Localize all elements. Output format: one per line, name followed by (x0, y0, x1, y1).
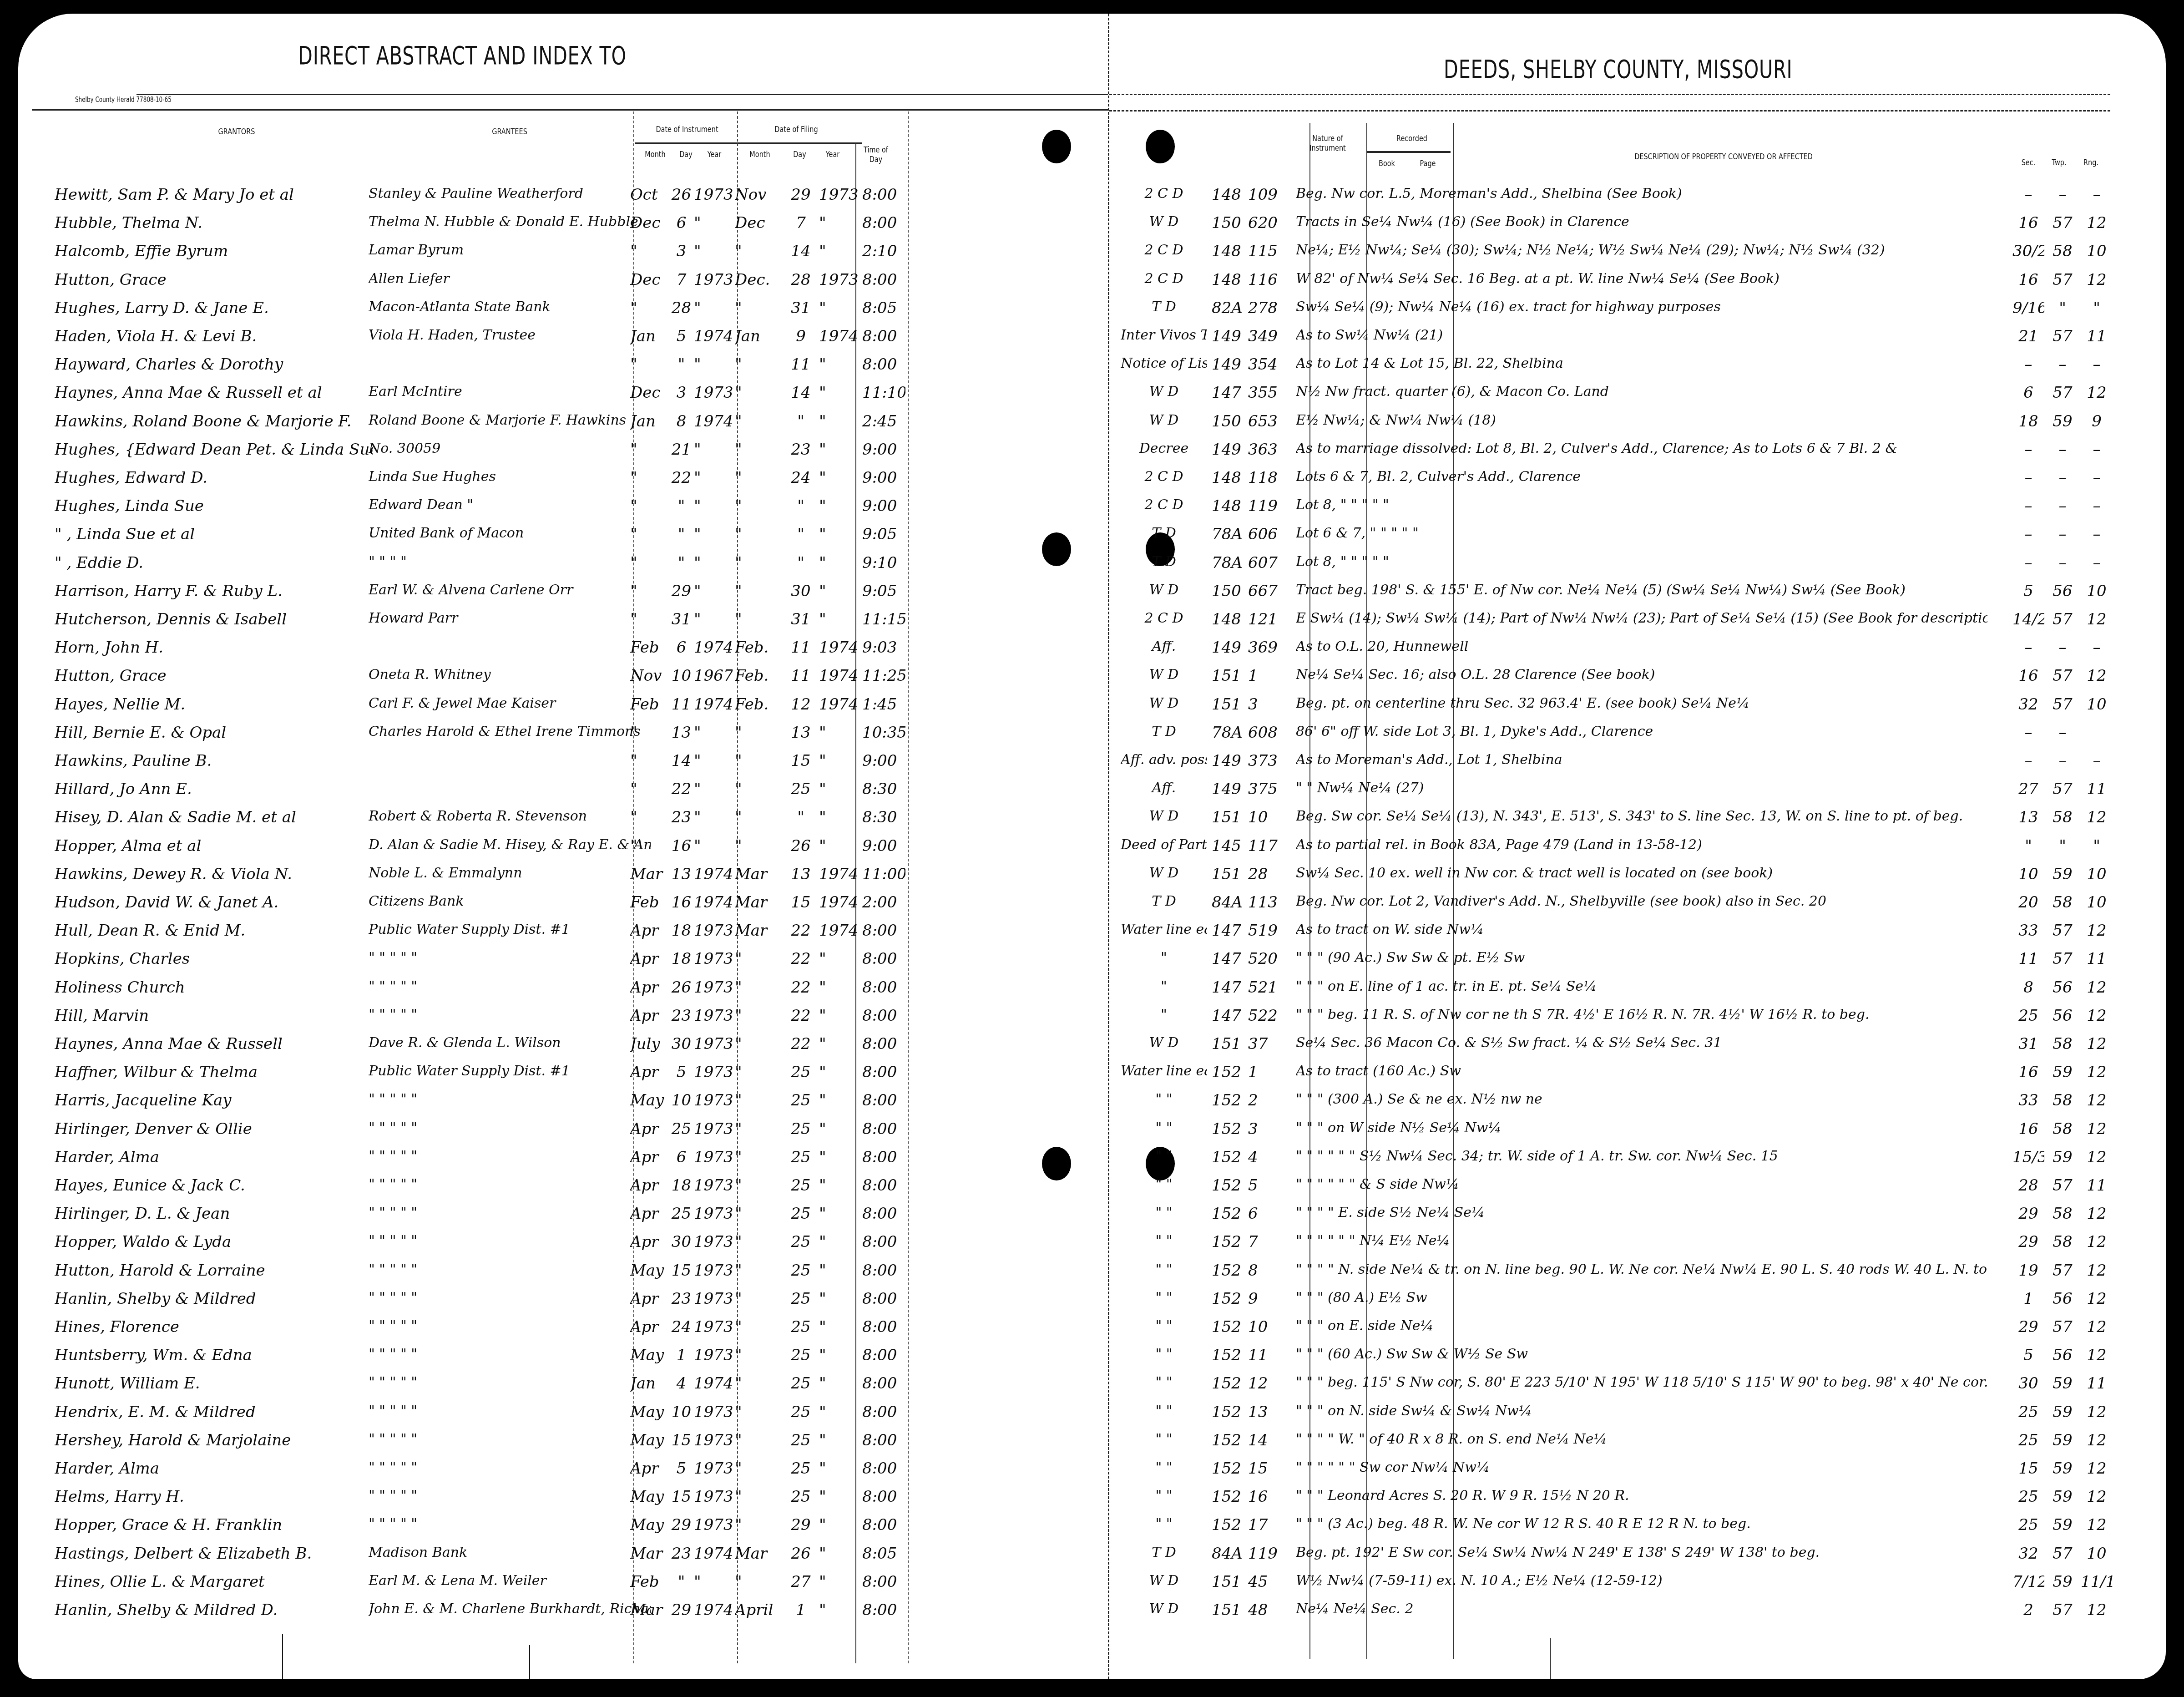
filing-year-cell: " (819, 1374, 858, 1393)
instrument-day-cell: 18 (669, 1176, 694, 1195)
township-cell: 57 (2047, 950, 2078, 968)
instrument-month-cell: Apr (630, 1148, 669, 1166)
instrument-day-cell: 8 (669, 412, 694, 431)
filing-year-cell: " (819, 1205, 858, 1223)
instrument-month-cell: " (630, 554, 669, 572)
range-cell: 10 (2081, 242, 2113, 260)
instrument-month-cell: Apr (630, 1205, 669, 1223)
township-cell: 59 (2047, 1459, 2078, 1478)
nature-of-instrument-cell: " " (1121, 1091, 1207, 1107)
book-cell: 149 (1212, 638, 1248, 657)
table-row: " "1525" " " " " " & S side Nw¼285711 (1109, 1176, 2166, 1203)
grantor-cell: Hayes, Nellie M. (55, 695, 373, 714)
time-of-day-cell: 8:00 (862, 1007, 905, 1025)
nature-of-instrument-cell: W D (1121, 384, 1207, 400)
filing-month-cell: " (735, 1261, 778, 1280)
book-cell: 147 (1212, 384, 1248, 402)
description-cell: " " " (90 Ac.) Sw Sw & pt. E½ Sw (1296, 950, 1987, 966)
book-cell: 151 (1212, 667, 1248, 685)
grantee-cell: " " " " " (369, 1290, 651, 1306)
range-cell: – (2081, 638, 2113, 657)
description-cell: " " " " N. side Ne¼ & tr. on N. line beg… (1296, 1261, 1987, 1277)
page-cell: 519 (1248, 922, 1289, 940)
instrument-month-cell: Feb (630, 638, 669, 657)
table-row: Haynes, Anna Mae & RussellDave R. & Glen… (18, 1035, 1108, 1061)
range-cell: 11 (2081, 327, 2113, 345)
grantee-cell: " " " " " (369, 978, 651, 994)
description-cell: " " " beg. 115' S Nw cor, S. 80' E 223 5… (1296, 1374, 1987, 1390)
section-cell: 2 (2012, 1601, 2044, 1619)
description-cell: " " " on W side N½ Se¼ Nw¼ (1296, 1120, 1987, 1136)
filing-day-cell: 25 (787, 780, 814, 798)
grantee-cell: Earl M. & Lena M. Weiler (369, 1573, 651, 1589)
township-cell: 59 (2047, 1516, 2078, 1534)
grantee-cell: Edward Dean " (369, 497, 651, 513)
filing-day-cell: 22 (787, 1035, 814, 1053)
township-cell: 56 (2047, 582, 2078, 600)
instrument-day-cell: " (669, 355, 694, 374)
filing-day-cell: 11 (787, 638, 814, 657)
township-cell: 57 (2047, 610, 2078, 628)
book-cell: 152 (1212, 1176, 1248, 1195)
nature-of-instrument-cell: W D (1121, 808, 1207, 824)
time-of-day-cell: 9:00 (862, 469, 905, 487)
instrument-month-cell: Nov (630, 667, 669, 685)
grantor-cell: Huntsberry, Wm. & Edna (55, 1346, 373, 1364)
time-of-day-cell: 8:00 (862, 1318, 905, 1336)
book-cell: 152 (1212, 1488, 1248, 1506)
instrument-year-cell: 1973 (694, 186, 733, 204)
instrument-day-cell: 24 (669, 1318, 694, 1336)
table-row: W D147355N½ Nw fract. quarter (6), & Mac… (1109, 384, 2166, 410)
instrument-year-cell: 1973 (694, 922, 733, 940)
range-cell: 12 (2081, 1346, 2113, 1364)
grantee-cell: Earl W. & Alvena Carlene Orr (369, 582, 651, 598)
section-cell: – (2012, 355, 2044, 374)
table-row: Aff.149375" " Nw¼ Ne¼ (27)275711 (1109, 780, 2166, 806)
book-cell: 82A (1212, 299, 1248, 317)
grantor-cell: Helms, Harry H. (55, 1488, 373, 1506)
instrument-year-cell: 1974 (694, 638, 733, 657)
time-of-day-cell: 8:00 (862, 1346, 905, 1364)
grantor-cell: Haynes, Anna Mae & Russell (55, 1035, 373, 1053)
instrument-year-cell: 1974 (694, 1374, 733, 1393)
filing-month-cell: " (735, 1374, 778, 1393)
page-cell: 608 (1248, 724, 1289, 742)
township-cell: 57 (2047, 384, 2078, 402)
section-cell: 25 (2012, 1516, 2044, 1534)
instrument-day-cell: 21 (669, 441, 694, 459)
page-cell: 17 (1248, 1516, 1289, 1534)
page-cell: 1 (1248, 1063, 1289, 1081)
page-cell: 119 (1248, 497, 1289, 515)
nature-of-instrument-cell: W D (1121, 865, 1207, 881)
instrument-day-cell: 7 (669, 271, 694, 289)
range-cell: 12 (2081, 667, 2113, 685)
grantor-cell: Harrison, Harry F. & Ruby L. (55, 582, 373, 600)
instrument-month-cell: Dec (630, 384, 669, 402)
header-rule-top (1109, 94, 2110, 95)
grantee-cell: Earl McIntire (369, 384, 651, 400)
section-cell: 16 (2012, 214, 2044, 232)
grantee-cell: Public Water Supply Dist. #1 (369, 922, 651, 937)
township-cell: 58 (2047, 1091, 2078, 1109)
section-cell: – (2012, 186, 2044, 204)
header-recorded: Recorded (1383, 134, 1441, 144)
township-cell: – (2047, 355, 2078, 374)
nature-of-instrument-cell: 2 C D (1121, 242, 1207, 258)
grantee-cell: Stanley & Pauline Weatherford (369, 186, 651, 202)
description-cell: " " " Leonard Acres S. 20 R. W 9 R. 15½ … (1296, 1488, 1987, 1504)
table-row: Hutton, Harold & Lorraine" " " " "May151… (18, 1261, 1108, 1288)
nature-of-instrument-cell: W D (1121, 412, 1207, 428)
range-cell: 12 (2081, 1035, 2113, 1053)
book-cell: 78A (1212, 554, 1248, 572)
range-cell: 11 (2081, 1374, 2113, 1393)
township-cell: " (2047, 837, 2078, 855)
filing-month-cell: " (735, 1233, 778, 1251)
time-of-day-cell: 1:45 (862, 695, 905, 714)
left-page: DIRECT ABSTRACT AND INDEX TO Shelby Coun… (18, 14, 1108, 1679)
filing-year-cell: 1974 (819, 327, 858, 345)
description-cell: " " Nw¼ Ne¼ (27) (1296, 780, 1987, 796)
township-cell: 59 (2047, 1431, 2078, 1449)
section-cell: 29 (2012, 1318, 2044, 1336)
instrument-day-cell: 5 (669, 1063, 694, 1081)
grantee-cell: " " " " " (369, 1516, 651, 1532)
table-row: Harder, Alma" " " " "Apr51973"25"8:00 (18, 1459, 1108, 1486)
time-of-day-cell: 8:00 (862, 186, 905, 204)
table-row: Hawkins, Pauline B."14""15"9:00 (18, 752, 1108, 778)
grantee-cell: Viola H. Haden, Trustee (369, 327, 651, 343)
book-cell: 152 (1212, 1233, 1248, 1251)
book-cell: 149 (1212, 355, 1248, 374)
ledger-sheet: DIRECT ABSTRACT AND INDEX TO Shelby Coun… (18, 14, 2166, 1679)
filing-year-cell: " (819, 1516, 858, 1534)
description-cell: As to Sw¼ Nw¼ (21) (1296, 327, 1987, 343)
section-cell: 32 (2012, 1545, 2044, 1563)
filing-year-cell: " (819, 1261, 858, 1280)
grantor-cell: Hill, Bernie E. & Opal (55, 724, 373, 742)
range-cell: 12 (2081, 214, 2113, 232)
page-cell: 606 (1248, 525, 1289, 543)
header-page: Page (1412, 159, 1443, 169)
nature-of-instrument-cell: T D (1121, 525, 1207, 541)
instrument-month-cell: Apr (630, 1233, 669, 1251)
instrument-day-cell: 29 (669, 582, 694, 600)
time-of-day-cell: 2:10 (862, 242, 905, 260)
description-cell: As to tract on W. side Nw¼ (1296, 922, 1987, 937)
nature-of-instrument-cell: W D (1121, 1601, 1207, 1617)
grantor-cell: Harder, Alma (55, 1148, 373, 1166)
page-cell: 6 (1248, 1205, 1289, 1223)
instrument-year-cell: 1967 (694, 667, 733, 685)
instrument-year-cell: 1974 (694, 893, 733, 912)
table-row: 2 C D148119Lot 8, " " " " "––– (1109, 497, 2166, 523)
book-cell: 150 (1212, 214, 1248, 232)
table-row: Hendrix, E. M. & Mildred" " " " "May1019… (18, 1403, 1108, 1429)
instrument-year-cell: " (694, 724, 733, 742)
filing-day-cell: 25 (787, 1431, 814, 1449)
township-cell: – (2047, 469, 2078, 487)
filing-month-cell: " (735, 1403, 778, 1421)
section-cell: – (2012, 441, 2044, 459)
section-cell: 28 (2012, 1176, 2044, 1195)
grantor-cell: Hughes, Larry D. & Jane E. (55, 299, 373, 317)
time-of-day-cell: 8:00 (862, 271, 905, 289)
instrument-month-cell: July (630, 1035, 669, 1053)
filing-day-cell: 25 (787, 1488, 814, 1506)
book-cell: 152 (1212, 1459, 1248, 1478)
section-cell: 25 (2012, 1403, 2044, 1421)
table-row: W D15148Ne¼ Ne¼ Sec. 225712 (1109, 1601, 2166, 1627)
filing-month-cell: Dec. (735, 271, 778, 289)
grantee-cell: No. 30059 (369, 441, 651, 456)
section-cell: 9/16 (2012, 299, 2044, 317)
filing-year-cell: " (819, 299, 858, 317)
page-cell: 119 (1248, 1545, 1289, 1563)
instrument-month-cell: May (630, 1091, 669, 1109)
instrument-year-cell: " (694, 610, 733, 628)
range-cell: 11 (2081, 780, 2113, 798)
table-row: Harder, Alma" " " " "Apr61973"25"8:00 (18, 1148, 1108, 1175)
instrument-year-cell: " (694, 554, 733, 572)
page-cell: 116 (1248, 271, 1289, 289)
table-row: Hopper, Waldo & Lyda" " " " "Apr301973"2… (18, 1233, 1108, 1259)
instrument-year-cell: 1974 (694, 695, 733, 714)
filing-year-cell: 1974 (819, 922, 858, 940)
nature-of-instrument-cell: Aff. (1121, 780, 1207, 796)
instrument-month-cell: Feb (630, 695, 669, 714)
instrument-month-cell: Jan (630, 1374, 669, 1393)
nature-of-instrument-cell: " " (1121, 1148, 1207, 1164)
time-of-day-cell: 8:00 (862, 1035, 905, 1053)
table-row: " "15215" " " " " " Sw cor Nw¼ Nw¼155912 (1109, 1459, 2166, 1486)
filing-day-cell: 26 (787, 1545, 814, 1563)
instrument-month-cell: " (630, 497, 669, 515)
table-row: Water line easement147519As to tract on … (1109, 922, 2166, 948)
instrument-day-cell: 22 (669, 780, 694, 798)
range-cell: 12 (2081, 1431, 2113, 1449)
instrument-month-cell: " (630, 752, 669, 770)
instrument-day-cell: 31 (669, 610, 694, 628)
page-cell: 3 (1248, 695, 1289, 714)
instrument-day-cell: 3 (669, 384, 694, 402)
filing-day-cell: 25 (787, 1290, 814, 1308)
instrument-year-cell: 1973 (694, 1091, 733, 1109)
nature-of-instrument-cell: " (1121, 950, 1207, 966)
section-cell: – (2012, 554, 2044, 572)
range-cell: 11 (2081, 950, 2113, 968)
township-cell: 56 (2047, 978, 2078, 997)
table-row: Hughes, Edward D.Linda Sue Hughes"22""24… (18, 469, 1108, 495)
instrument-year-cell: 1973 (694, 1233, 733, 1251)
grantor-cell: Hutton, Grace (55, 271, 373, 289)
township-cell: 56 (2047, 1346, 2078, 1364)
table-row: Hanlin, Shelby & Mildred" " " " "Apr2319… (18, 1290, 1108, 1316)
instrument-year-cell: 1973 (694, 1007, 733, 1025)
instrument-year-cell: 1973 (694, 1459, 733, 1478)
nature-of-instrument-cell: 2 C D (1121, 469, 1207, 485)
grantor-cell: Hisey, D. Alan & Sadie M. et al (55, 808, 373, 826)
instrument-year-cell: " (694, 780, 733, 798)
section-cell: 8 (2012, 978, 2044, 997)
instrument-year-cell: 1974 (694, 865, 733, 883)
filing-day-cell: 28 (787, 271, 814, 289)
brace-mark (282, 1634, 283, 1679)
nature-of-instrument-cell: " " (1121, 1374, 1207, 1390)
filing-year-cell: " (819, 242, 858, 260)
book-cell: 151 (1212, 1601, 1248, 1619)
grantor-cell: Hanlin, Shelby & Mildred D. (55, 1601, 373, 1619)
table-row: Hughes, {Edward Dean Pet. & Linda Sue - … (18, 441, 1108, 467)
table-row: Haffner, Wilbur & ThelmaPublic Water Sup… (18, 1063, 1108, 1089)
filing-year-cell: " (819, 355, 858, 374)
section-cell: 1 (2012, 1290, 2044, 1308)
instrument-year-cell: 1973 (694, 1148, 733, 1166)
grantee-cell: Citizens Bank (369, 893, 651, 909)
table-row: Hutcherson, Dennis & IsabellHoward Parr"… (18, 610, 1108, 637)
time-of-day-cell: 9:00 (862, 441, 905, 459)
table-row: Halcomb, Effie ByrumLamar Byrum"3""14"2:… (18, 242, 1108, 268)
grantee-cell: D. Alan & Sadie M. Hisey, & Ray E. & Ann… (369, 837, 651, 853)
description-cell: " " " " " " & S side Nw¼ (1296, 1176, 1987, 1192)
description-cell: Beg. Nw cor. Lot 2, Vandiver's Add. N., … (1296, 893, 1987, 909)
book-cell: 152 (1212, 1403, 1248, 1421)
instrument-year-cell: 1973 (694, 271, 733, 289)
township-cell: 57 (2047, 780, 2078, 798)
section-cell: 6 (2012, 384, 2044, 402)
instrument-year-cell: 1974 (694, 412, 733, 431)
filing-year-cell: " (819, 497, 858, 515)
description-cell: Tracts in Se¼ Nw¼ (16) (See Book) in Cla… (1296, 214, 1987, 230)
township-cell: 57 (2047, 695, 2078, 714)
instrument-day-cell: 11 (669, 695, 694, 714)
book-cell: 152 (1212, 1120, 1248, 1138)
township-cell: 58 (2047, 1233, 2078, 1251)
instrument-year-cell: 1973 (694, 950, 733, 968)
section-cell: – (2012, 497, 2044, 515)
table-row: Haden, Viola H. & Levi B.Viola H. Haden,… (18, 327, 1108, 354)
description-cell: " " " (3 Ac.) beg. 48 R. W. Ne cor W 12 … (1296, 1516, 1987, 1532)
grantee-cell: " " " " " (369, 1176, 651, 1192)
filing-month-cell: " (735, 808, 778, 826)
section-cell: 19 (2012, 1261, 2044, 1280)
table-row: " "15212" " " beg. 115' S Nw cor, S. 80'… (1109, 1374, 2166, 1401)
nature-of-instrument-cell: W D (1121, 695, 1207, 711)
time-of-day-cell: 9:10 (862, 554, 905, 572)
filing-year-cell: " (819, 1176, 858, 1195)
filing-year-cell: " (819, 1601, 858, 1619)
description-cell: " " " " E. side S½ Ne¼ Se¼ (1296, 1205, 1987, 1221)
filing-year-cell: " (819, 1573, 858, 1591)
filing-day-cell: 25 (787, 1233, 814, 1251)
page-cell: 9 (1248, 1290, 1289, 1308)
grantor-cell: Hutton, Harold & Lorraine (55, 1261, 373, 1280)
header-file-day: Day (789, 150, 810, 160)
grantor-cell: Hayward, Charles & Dorothy (55, 355, 373, 374)
section-cell: 29 (2012, 1205, 2044, 1223)
section-cell: 16 (2012, 271, 2044, 289)
filing-month-cell: " (735, 299, 778, 317)
instrument-day-cell: 6 (669, 214, 694, 232)
book-cell: 152 (1212, 1346, 1248, 1364)
township-cell: – (2047, 497, 2078, 515)
range-cell: – (2081, 554, 2113, 572)
range-cell: 11 (2081, 1176, 2113, 1195)
instrument-year-cell: " (694, 1573, 733, 1591)
filing-day-cell: 26 (787, 837, 814, 855)
instrument-month-cell: May (630, 1488, 669, 1506)
instrument-month-cell: Jan (630, 327, 669, 345)
instrument-day-cell: " (669, 1573, 694, 1591)
grantor-cell: Hanlin, Shelby & Mildred (55, 1290, 373, 1308)
page-cell: 3 (1248, 1120, 1289, 1138)
filing-year-cell: " (819, 950, 858, 968)
range-cell: 12 (2081, 808, 2113, 826)
grantor-cell: " , Linda Sue et al (55, 525, 373, 543)
time-of-day-cell: 8:00 (862, 1063, 905, 1081)
time-of-day-cell: 8:00 (862, 1403, 905, 1421)
instrument-month-cell: " (630, 582, 669, 600)
time-of-day-cell: 8:05 (862, 1545, 905, 1563)
grantor-cell: Hawkins, Pauline B. (55, 752, 373, 770)
book-cell: 148 (1212, 610, 1248, 628)
time-of-day-cell: 9:00 (862, 837, 905, 855)
page-cell: 109 (1248, 186, 1289, 204)
section-cell: 5 (2012, 582, 2044, 600)
table-row: W D150667Tract beg. 198' S. & 155' E. of… (1109, 582, 2166, 608)
description-cell: Lot 8, " " " " " (1296, 554, 1987, 570)
grantor-cell: Hopper, Alma et al (55, 837, 373, 855)
instrument-day-cell: 13 (669, 865, 694, 883)
instrument-day-cell: 30 (669, 1035, 694, 1053)
book-cell: 152 (1212, 1318, 1248, 1336)
filing-month-cell: Nov (735, 186, 778, 204)
township-cell: 59 (2047, 1374, 2078, 1393)
instrument-day-cell: 10 (669, 667, 694, 685)
range-cell: 12 (2081, 1459, 2113, 1478)
instrument-month-cell: May (630, 1516, 669, 1534)
page-cell: 5 (1248, 1176, 1289, 1195)
header-nature-of-instrument: Nature of Instrument (1304, 134, 1351, 154)
filing-year-cell: " (819, 808, 858, 826)
brace-mark (1550, 1638, 1551, 1679)
filing-day-cell: " (787, 412, 814, 431)
page-cell: 363 (1248, 441, 1289, 459)
filing-year-cell: " (819, 1148, 858, 1166)
filing-day-cell: 13 (787, 724, 814, 742)
section-cell: 31 (2012, 1035, 2044, 1053)
filing-day-cell: 25 (787, 1091, 814, 1109)
table-row: W D15145W½ Nw¼ (7-59-11) ex. N. 10 A.; E… (1109, 1573, 2166, 1599)
description-cell: " " " (300 A.) Se & ne ex. N½ nw ne (1296, 1091, 1987, 1107)
section-cell: 30 (2012, 1374, 2044, 1393)
nature-of-instrument-cell: T D (1121, 1545, 1207, 1560)
binder-hole-top (1042, 130, 1071, 163)
range-cell: 12 (2081, 1091, 2113, 1109)
range-cell: 12 (2081, 1403, 2113, 1421)
book-cell: 152 (1212, 1091, 1248, 1109)
time-of-day-cell: 8:00 (862, 1176, 905, 1195)
filing-year-cell: 1973 (819, 271, 858, 289)
table-row: Hillard, Jo Ann E."22""25"8:30 (18, 780, 1108, 806)
grantor-cell: Hughes, Linda Sue (55, 497, 373, 515)
grantee-cell: " " " " " (369, 1091, 651, 1107)
filing-day-cell: 25 (787, 1120, 814, 1138)
table-row: W D1513Beg. pt. on centerline thru Sec. … (1109, 695, 2166, 722)
section-cell: 27 (2012, 780, 2044, 798)
